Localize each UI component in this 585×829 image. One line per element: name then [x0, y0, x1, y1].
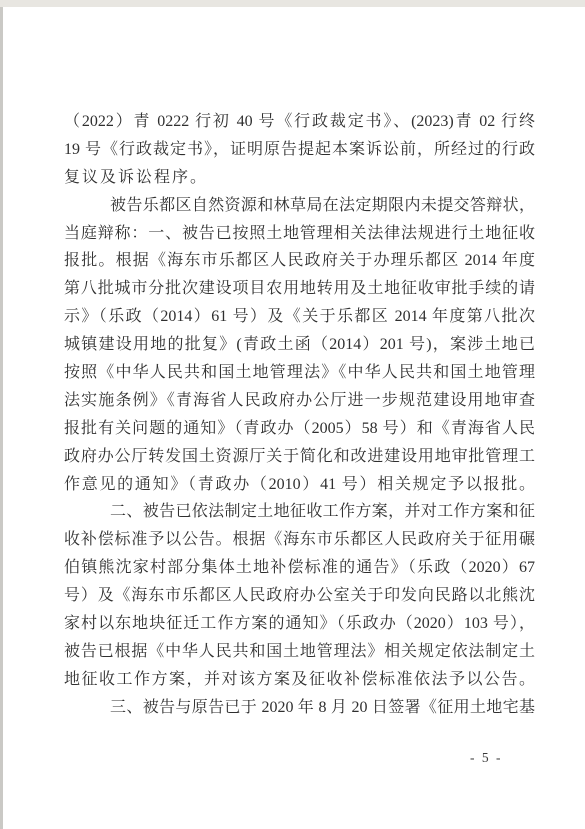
- page-number: - 5 -: [470, 749, 530, 767]
- text-line: 城镇建设用地的批复》(青政土函（2014）201 号)，案涉土地已: [64, 331, 535, 359]
- text-line: 第八批城市分批次建设项目农用地转用及土地征收审批手续的请: [64, 275, 535, 303]
- text-line: 19 号《行政裁定书》，证明原告提起本案诉讼前，所经过的行政: [64, 136, 535, 164]
- text-line: 地征收工作方案，并对该方案及征收补偿标准依法予以公告。: [64, 666, 535, 694]
- paragraph: 二、被告已依法制定土地征收工作方案，并对工作方案和征收补偿标准予以公告。根据《海…: [64, 498, 535, 693]
- text-line: 按照《中华人民共和国土地管理法》《中华人民共和国土地管理: [64, 359, 535, 387]
- text-line: 当庭辩称：一、被告已按照土地管理相关法律法规进行土地征收: [64, 220, 535, 248]
- document-page: （2022）青 0222 行初 40 号《行政裁定书》、(2023)青 02 行…: [0, 0, 585, 829]
- text-line: 报批。根据《海东市乐都区人民政府关于办理乐都区 2014 年度: [64, 247, 535, 275]
- paragraph: （2022）青 0222 行初 40 号《行政裁定书》、(2023)青 02 行…: [64, 108, 535, 192]
- text-line: 法实施条例》《青海省人民政府办公厅进一步规范建设用地审查: [64, 387, 535, 415]
- paragraph: 三、被告与原告已于 2020 年 8 月 20 日签署《征用土地宅基: [64, 694, 535, 722]
- text-line: 伯镇熊沈家村部分集体土地补偿标准的通告》（乐政（2020）67: [64, 554, 535, 582]
- text-line: 家村以东地块征迁工作方案的通知》（乐政办（2020）103 号），: [64, 610, 535, 638]
- text-line: 复议及诉讼程序。: [64, 164, 535, 192]
- text-line: 收补偿标准予以公告。根据《海东市乐都区人民政府关于征用碾: [64, 526, 535, 554]
- scan-edge-top: [0, 0, 585, 7]
- text-line: 被告已根据《中华人民共和国土地管理法》相关规定依法制定土: [64, 638, 535, 666]
- text-line: 示》（乐政（2014）61 号）及《关于乐都区 2014 年度第八批次: [64, 303, 535, 331]
- text-line: 政府办公厅转发国土资源厅关于简化和改进建设用地审批管理工: [64, 443, 535, 471]
- text-line: 号）及《海东市乐都区人民政府办公室关于印发向民路以北熊沈: [64, 582, 535, 610]
- text-line: 二、被告已依法制定土地征收工作方案，并对工作方案和征: [64, 498, 535, 526]
- text-line: 报批有关问题的通知》（青政办（2005）58 号）和《青海省人民: [64, 415, 535, 443]
- document-body: （2022）青 0222 行初 40 号《行政裁定书》、(2023)青 02 行…: [64, 108, 535, 722]
- text-line: （2022）青 0222 行初 40 号《行政裁定书》、(2023)青 02 行…: [64, 108, 535, 136]
- paragraph: 被告乐都区自然资源和林草局在法定期限内未提交答辩状，当庭辩称：一、被告已按照土地…: [64, 192, 535, 499]
- text-line: 作意见的通知》（青政办（2010）41 号）相关规定予以报批。: [64, 471, 535, 499]
- text-line: 三、被告与原告已于 2020 年 8 月 20 日签署《征用土地宅基: [64, 694, 535, 722]
- text-line: 被告乐都区自然资源和林草局在法定期限内未提交答辩状，: [64, 192, 535, 220]
- scan-edge-left: [0, 7, 3, 829]
